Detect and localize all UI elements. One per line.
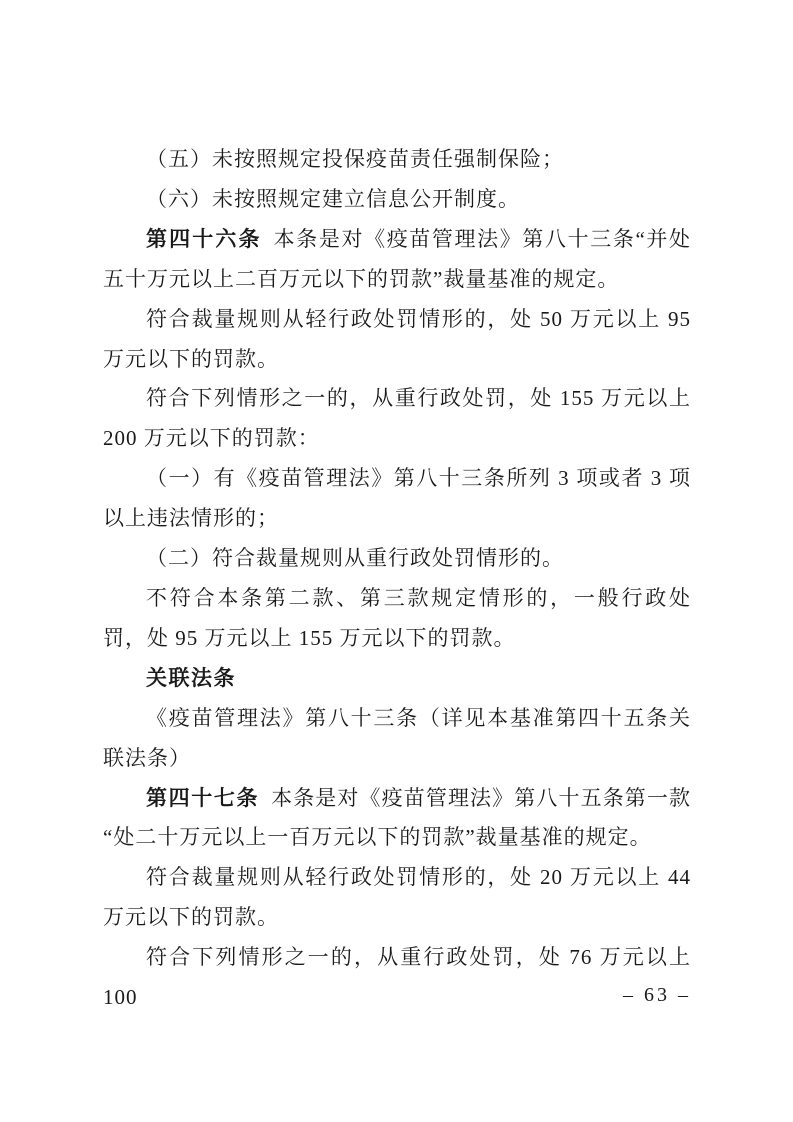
article-47-severe-clause: 符合下列情形之一的，从重行政处罚，处 76 万元以上 100	[103, 938, 691, 1018]
document-body: （五）未按照规定投保疫苗责任强制保险； （六）未按照规定建立信息公开制度。 第四…	[103, 140, 691, 1018]
related-articles-text: 《疫苗管理法》第八十三条（详见本基准第四十五条关联法条）	[103, 699, 691, 779]
article-47: 第四十七条本条是对《疫苗管理法》第八十五条第一款“处二十万元以上一百万元以下的罚…	[103, 779, 691, 859]
document-page: （五）未按照规定投保疫苗责任强制保险； （六）未按照规定建立信息公开制度。 第四…	[0, 0, 793, 1122]
article-46-number: 第四十六条	[146, 228, 262, 251]
article-46-lenient-clause: 符合裁量规则从轻行政处罚情形的，处 50 万元以上 95 万元以下的罚款。	[103, 300, 691, 380]
related-articles-heading: 关联法条	[103, 659, 691, 699]
article-46-general-clause: 不符合本条第二款、第三款规定情形的，一般行政处罚，处 95 万元以上 155 万…	[103, 579, 691, 659]
page-number: – 63 –	[623, 984, 691, 1007]
article-46-severe-clause: 符合下列情形之一的，从重行政处罚，处 155 万元以上 200 万元以下的罚款：	[103, 379, 691, 459]
article-46: 第四十六条本条是对《疫苗管理法》第八十三条“并处五十万元以上二百万元以下的罚款”…	[103, 220, 691, 300]
article-47-number: 第四十七条	[146, 787, 259, 810]
list-item-6: （六）未按照规定建立信息公开制度。	[103, 180, 691, 220]
article-46-subitem-2: （二）符合裁量规则从重行政处罚情形的。	[103, 539, 691, 579]
article-46-subitem-1: （一）有《疫苗管理法》第八十三条所列 3 项或者 3 项以上违法情形的；	[103, 459, 691, 539]
list-item-5: （五）未按照规定投保疫苗责任强制保险；	[103, 140, 691, 180]
article-47-lenient-clause: 符合裁量规则从轻行政处罚情形的，处 20 万元以上 44 万元以下的罚款。	[103, 858, 691, 938]
